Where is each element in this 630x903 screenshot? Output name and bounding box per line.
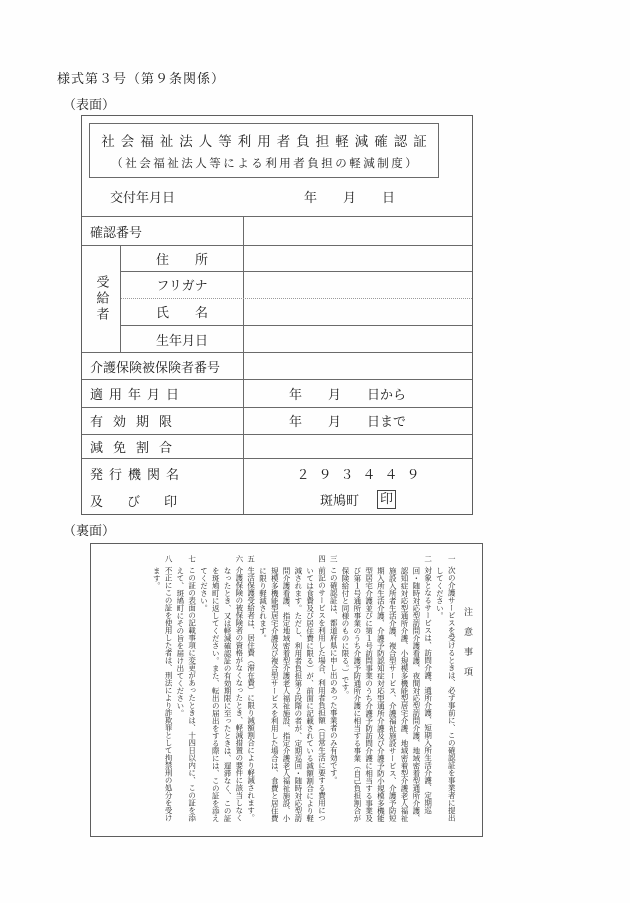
note-number: 三 [329,555,338,563]
note-item-7: 七この証の表面の記載事項に変更があったときは、十四日以内に、この証を添えて、斑鳩… [174,555,198,825]
note-item-8: 八不正にこの証を使用した者は、刑法により詐欺罪として拘禁刑の処分を受けます。 [150,555,174,825]
note-item-5: 五生活保護受給者は、居住費（滞在費）に限り減額割合により軽減されます。 [245,555,257,825]
note-item-4: 四前記のサービスを利用した場合、利用者負担額（日常生活に要する費用については食費… [257,555,328,825]
note-text: 次の介護サービスを受けるときは、必ず事前に、この確認証を事業者に提出してください… [435,567,456,822]
document-page: 様式第３号（第９条関係） （表面） 社会福祉法人等利用者負担軽減確認証 （社会福… [0,0,630,903]
recipient-rows: 住 所 フリガナ 氏 名 生年月日 [121,246,472,352]
issue-date-label: 交付年月日 [82,187,244,206]
confirmation-number-label: 確認番号 [82,217,244,245]
issue-date-value: 年 月 日 [244,187,395,206]
issuer-label-line1: 発行機関名 [90,464,243,483]
issuer-label-line2: 及び印 [90,491,243,510]
insured-number-row: 介護保険被保険者番号 [82,353,472,380]
seal-placeholder: 印 [377,490,396,509]
birthdate-value [244,326,472,352]
note-number: 六 [235,555,244,563]
note-text: 対象となるサービスは、訪問介護、通所介護、短期入所生活介護、定期巡回・随時対応型… [341,567,433,822]
issuer-value: ２９３４４９ 斑鳩町 印 [244,459,472,514]
notes-title: 注意事項 [460,555,472,825]
note-item-6: 六介護保険の被保険者の資格がなくなったとき、軽減措置の要件に該当しなくなったとき… [198,555,245,825]
note-text: 前記のサービスを利用した場合、利用者負担額（日常生活に要する費用については食費及… [258,567,326,822]
address-row: 住 所 [121,246,472,272]
application-date-row: 適用年月日 年 月 日から [82,380,472,408]
note-item-3: 三この確認証は、都道府県に申し出のあった事業者のみ有効です。 [327,555,339,825]
certificate-title-box: 社会福祉法人等利用者負担軽減確認証 （社会福祉法人等による利用者負担の軽減制度） [89,123,439,178]
birthdate-row: 生年月日 [121,326,472,352]
furigana-value [244,272,472,298]
address-label: 住 所 [121,246,244,271]
valid-until-row: 有効期限 年 月 日まで [82,408,472,435]
note-item-2: 二対象となるサービスは、訪問介護、通所介護、短期入所生活介護、定期巡回・随時対応… [339,555,433,825]
name-row: 氏 名 [121,299,472,327]
form-number: 様式第３号（第９条関係） [57,68,225,87]
note-number: 四 [317,555,326,563]
application-date-label: 適用年月日 [82,380,244,407]
note-text: この確認証は、都道府県に申し出のあった事業者のみ有効です。 [329,567,338,785]
confirmation-number-value [244,217,472,245]
recipient-group-label: 受給者 [92,275,111,323]
recipient-section: 受給者 住 所 フリガナ 氏 名 生年月日 [82,246,472,353]
front-side-label: （表面） [63,94,115,113]
note-number: 五 [247,555,256,563]
title-area: 社会福祉法人等利用者負担軽減確認証 （社会福祉法人等による利用者負担の軽減制度） [82,116,472,178]
reduction-rate-row: 減免割合 [82,435,472,460]
issuer-label: 発行機関名 及び印 [82,459,244,514]
furigana-label: フリガナ [121,272,244,298]
note-text: 生活保護受給者は、居住費（滞在費）に限り減額割合により軽減されます。 [247,567,256,822]
municipality-name: 斑鳩町 [320,490,359,509]
name-label: 氏 名 [121,299,244,326]
note-item-1: 一次の介護サービスを受けるときは、必ず事前に、この確認証を事業者に提出してくださ… [434,555,458,825]
front-certificate-table: 社会福祉法人等利用者負担軽減確認証 （社会福祉法人等による利用者負担の軽減制度）… [81,115,473,515]
issuer-code: ２９３４４９ [287,464,428,483]
back-side-label: （裏面） [63,520,115,539]
note-number: 一 [447,555,456,563]
certificate-subtitle: （社会福祉法人等による利用者負担の軽減制度） [90,155,438,171]
address-value [244,246,472,271]
reduction-rate-label: 減免割合 [82,435,244,459]
reduction-rate-value [244,435,472,459]
note-number: 八 [164,555,173,563]
note-text: 介護保険の被保険者の資格がなくなったとき、軽減措置の要件に該当しなくなったとき、… [199,567,243,822]
furigana-row: フリガナ [121,272,472,299]
valid-until-value: 年 月 日まで [244,408,472,434]
birthdate-label: 生年月日 [121,326,244,352]
note-number: 二 [424,555,433,563]
certificate-title: 社会福祉法人等利用者負担軽減確認証 [90,130,438,150]
name-value [244,299,472,326]
note-text: 不正にこの証を使用した者は、刑法により詐欺罪として拘禁刑の処分を受けます。 [152,567,173,822]
recipient-group-cell: 受給者 [82,246,121,352]
note-text: この証の表面の記載事項に変更があったときは、十四日以内に、この証を添えて、斑鳩町… [176,567,197,822]
notes-vertical-text: 注意事項 一次の介護サービスを受けるときは、必ず事前に、この確認証を事業者に提出… [91,544,482,836]
application-date-value: 年 月 日から [244,380,472,407]
insured-number-label: 介護保険被保険者番号 [82,353,244,379]
note-number: 七 [188,555,197,563]
municipality-line: 斑鳩町 印 [320,490,396,509]
insured-number-value [244,353,472,379]
valid-until-label: 有効期限 [82,408,244,434]
issue-date-row: 交付年月日 年 月 日 [82,178,472,218]
back-notes-box: 注意事項 一次の介護サービスを受けるときは、必ず事前に、この確認証を事業者に提出… [90,543,483,837]
issuer-row: 発行機関名 及び印 ２９３４４９ 斑鳩町 印 [82,459,472,514]
confirmation-number-row: 確認番号 [82,217,472,246]
